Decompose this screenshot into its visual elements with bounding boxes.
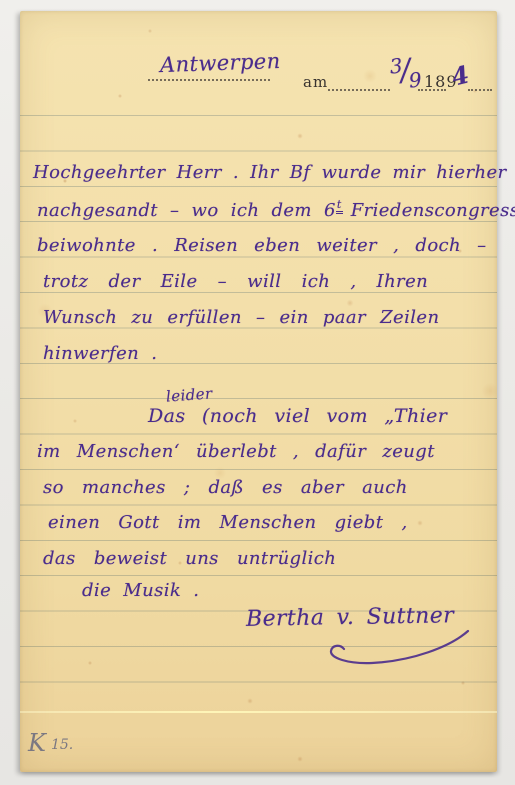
form-dotted-line-place [148, 79, 270, 81]
letter-line-part: Friedenscongress [351, 200, 515, 221]
letter-line-part: nachgesandt – wo ich dem 6 [37, 200, 336, 221]
archival-mark-letter: K [28, 729, 46, 757]
letter-line: hinwerfen . [43, 343, 157, 364]
letter-line: nachgesandt – wo ich dem 6tFriedenscongr… [37, 198, 515, 221]
letter-line: einen Gott im Menschen giebt , [48, 512, 408, 533]
letter-line: Das (noch viel vom „Thier [148, 405, 447, 427]
letter-line: so manches ; daß es aber auch [43, 477, 408, 498]
letter-line: trotz der Eile – will ich , Ihren [43, 271, 428, 292]
letter-paper: Antwerpen am 3/9 189 4 Hochgeehrter Herr… [20, 11, 497, 772]
insertion-word: leider [165, 384, 213, 405]
letter-line: das beweist uns untrüglich [43, 548, 336, 569]
form-dotted-line-end [468, 89, 492, 91]
printed-am-label: am [303, 73, 328, 91]
letter-line: im Menschen‘ überlebt , dafür zeugt [37, 441, 435, 462]
form-dotted-line-date [328, 89, 390, 91]
date-handwritten: 3/9 [388, 49, 422, 87]
archival-mark: K15. [28, 729, 73, 757]
signature-flourish [290, 623, 490, 678]
letter-line: beiwohnte . Reisen eben weiter , doch – [37, 235, 487, 256]
fold-crease [20, 711, 497, 713]
letter-line: Wunsch zu erfüllen – ein paar Zeilen [43, 307, 439, 328]
letter-line: Hochgeehrter Herr . Ihr Bf wurde mir hie… [33, 162, 507, 183]
archival-mark-number: 15. [51, 737, 73, 753]
ordinal-superscript: t [336, 198, 343, 214]
letter-line: die Musik . [82, 580, 199, 601]
place-handwritten: Antwerpen [160, 49, 281, 77]
